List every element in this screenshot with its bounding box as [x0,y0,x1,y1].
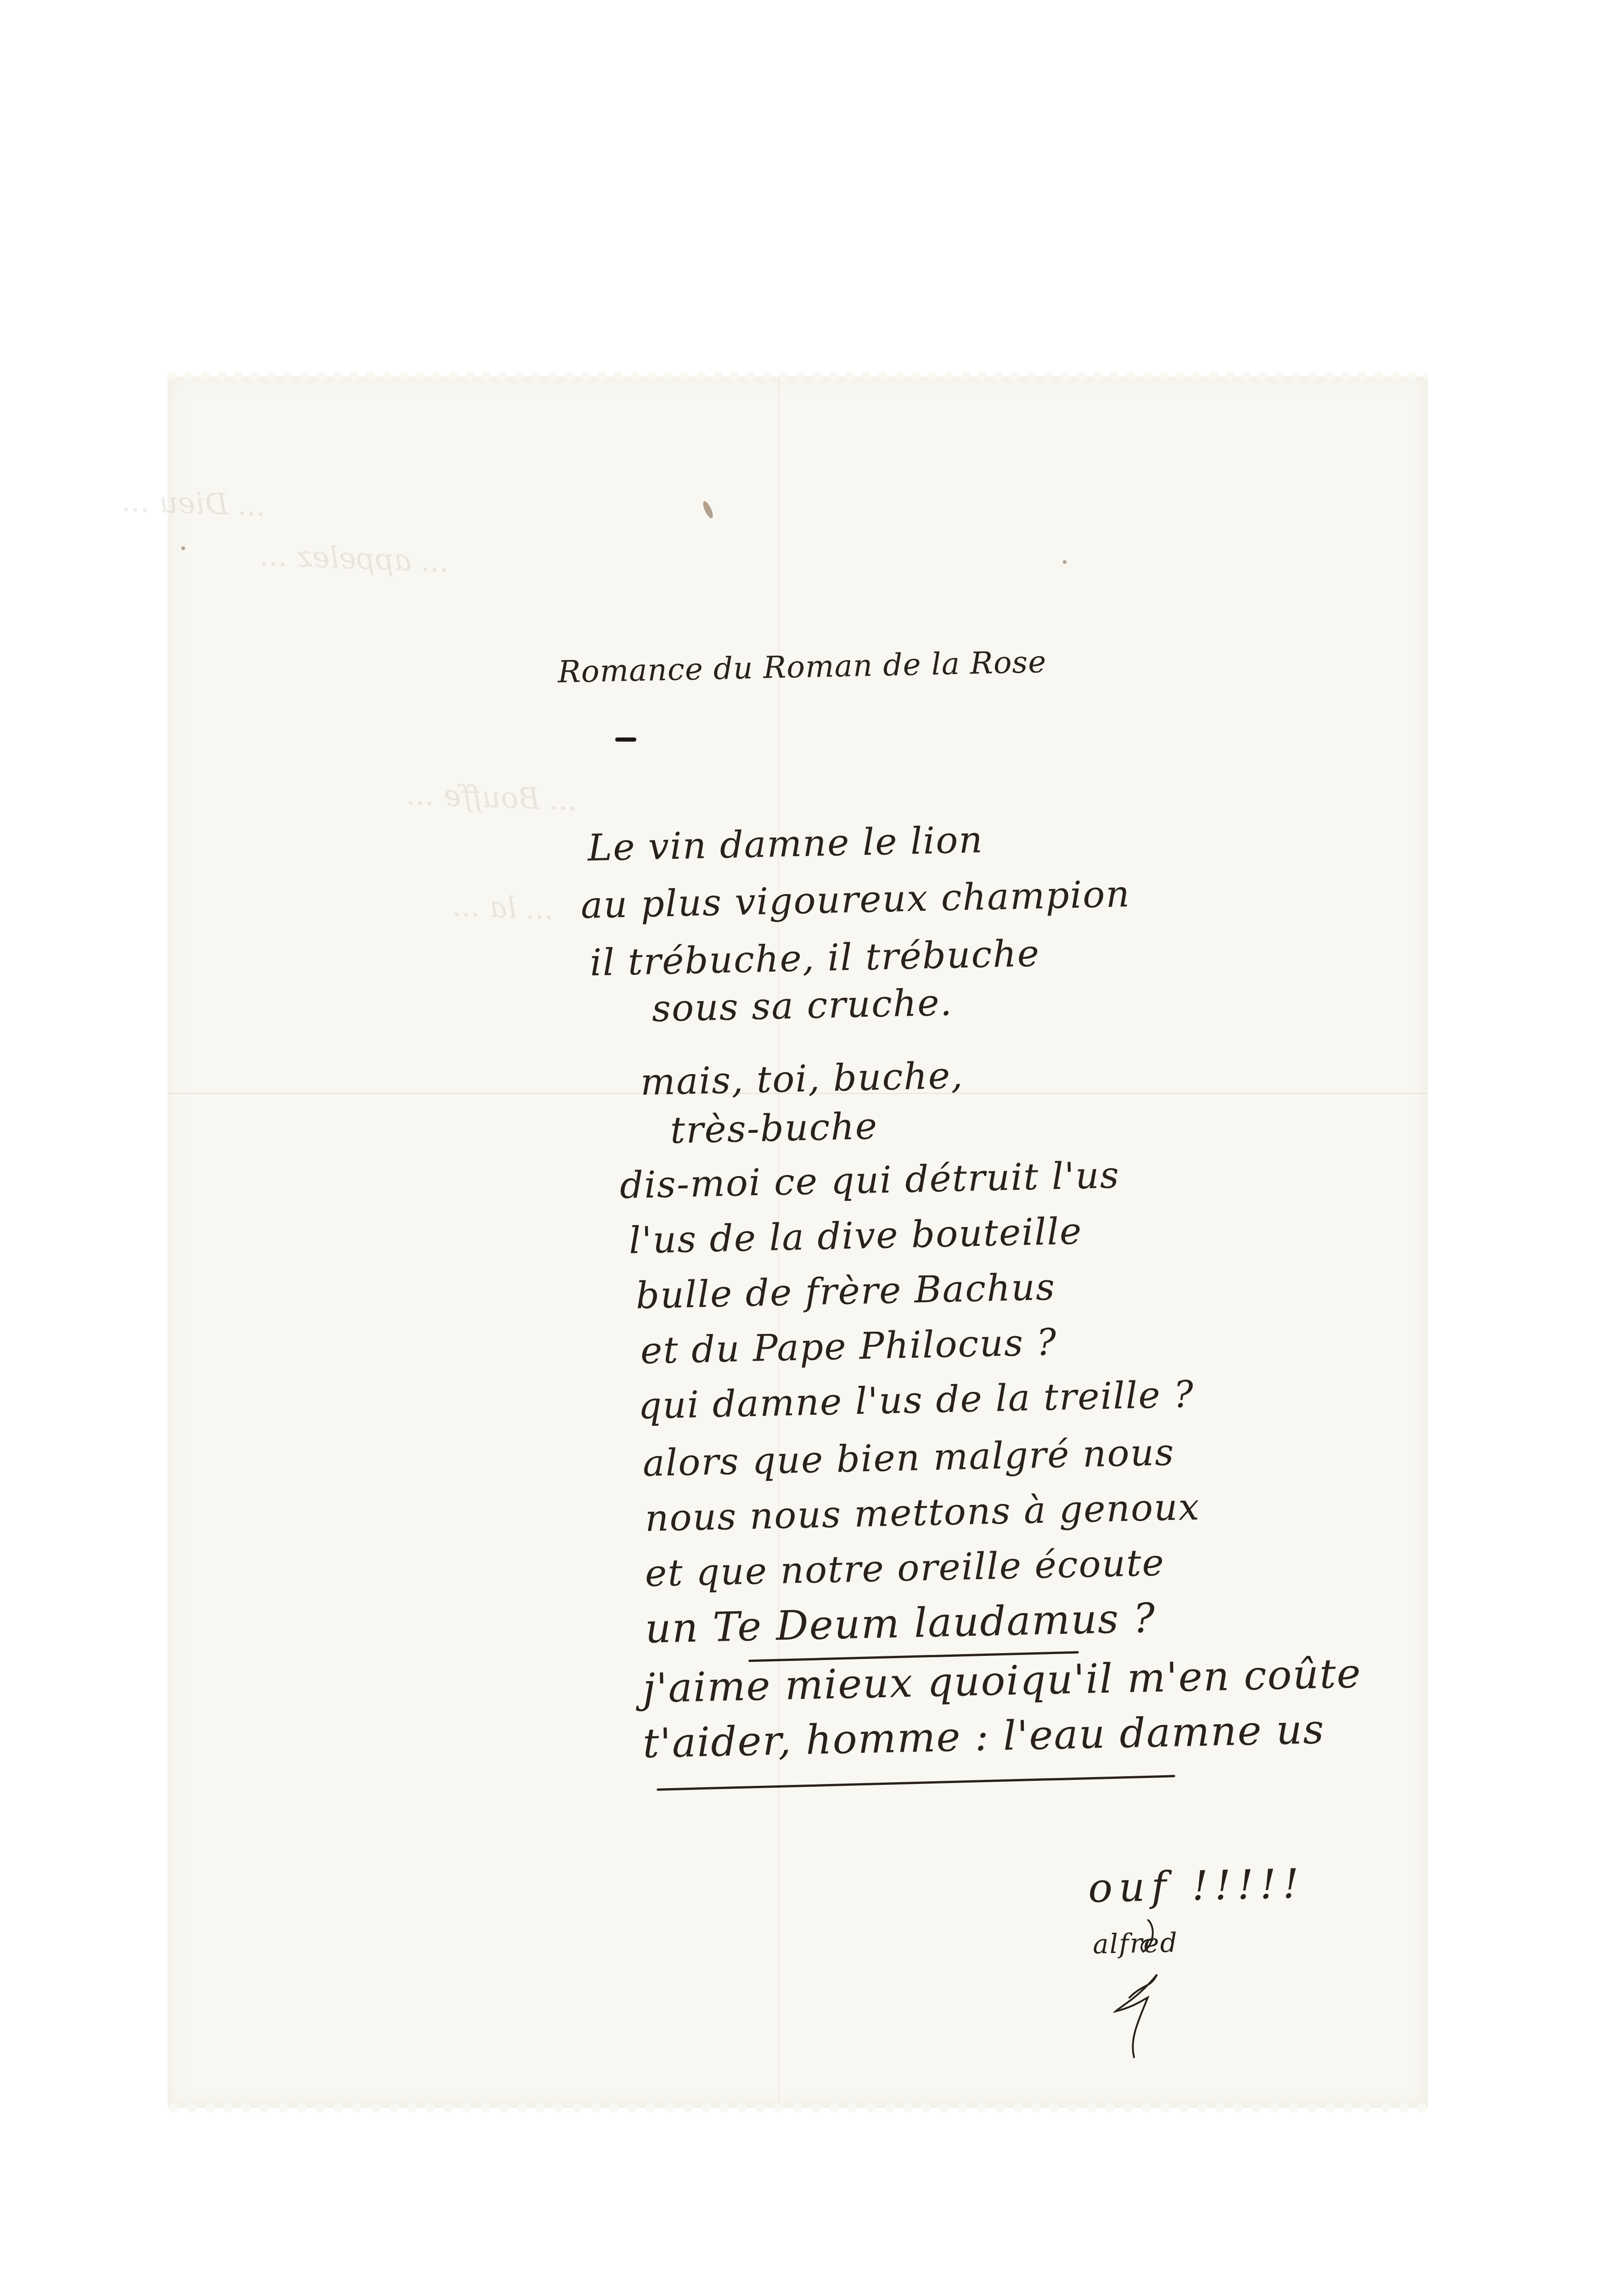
bleed-through-text: ... Bouffe ... [406,778,578,818]
bleed-through-text: ... appelez ... [259,539,449,579]
ink-dot [181,546,185,550]
verse-line-4: sous sa cruche. [651,981,953,1030]
ink-dot [1063,560,1067,564]
bleed-through-text: ... la ... [452,889,555,927]
verse-line-9: bulle de frère Bachus [635,1266,1056,1317]
verse-line-5: mais, toi, buche, [640,1054,964,1103]
ink-stain [701,500,715,519]
title-separator-dash [615,737,636,742]
exclamation-ouf: ouf !!!!! [1088,1860,1306,1912]
bleed-through-text: ... Dieu ... [121,484,266,523]
signature-flourish-icon [1102,1919,1175,2066]
verse-line-1: Le vin damne le lion [587,818,984,869]
verse-line-6: très-buche [670,1105,878,1152]
verse-line-10: et du Pape Philocus ? [640,1321,1057,1372]
